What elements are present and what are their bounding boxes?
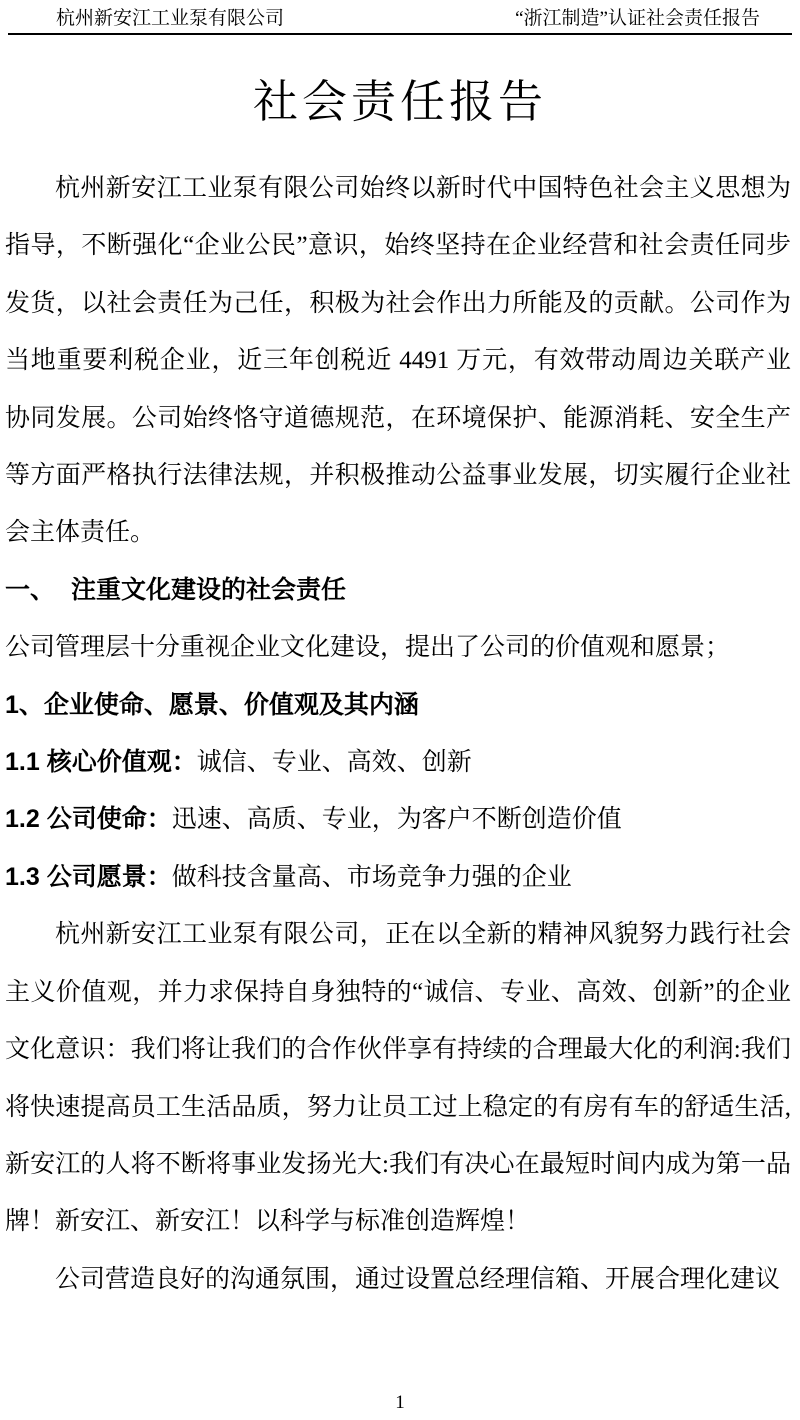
value-item-mission-label: 1.2 公司使命： <box>5 805 172 833</box>
value-item-vision: 1.3 公司愿景：做科技含量高、市场竞争力强的企业 <box>5 849 791 906</box>
section-1-heading: 一、注重文化建设的社会责任 <box>5 562 791 619</box>
document-page: 杭州新安江工业泵有限公司 “浙江制造”认证社会责任报告 社会责任报告 杭州新安江… <box>0 0 800 1420</box>
header-company-name: 杭州新安江工业泵有限公司 <box>56 8 284 30</box>
value-item-core-values: 1.1 核心价值观：诚信、专业、高效、创新 <box>5 734 791 791</box>
value-item-core-values-label: 1.1 核心价值观： <box>5 748 197 776</box>
document-body: 杭州新安江工业泵有限公司始终以新时代中国特色社会主义思想为指导，不断强化“企业公… <box>0 160 800 1308</box>
value-item-mission: 1.2 公司使命：迅速、高质、专业，为客户不断创造价值 <box>5 791 791 848</box>
communication-paragraph: 公司营造良好的沟通氛围，通过设置总经理信箱、开展合理化建议 <box>5 1251 791 1308</box>
value-item-mission-text: 迅速、高质、专业，为客户不断创造价值 <box>172 806 622 833</box>
value-item-core-values-text: 诚信、专业、高效、创新 <box>197 749 472 776</box>
section-1-lead-paragraph: 公司管理层十分重视企业文化建设，提出了公司的价值观和愿景； <box>5 619 791 676</box>
subsection-1-heading: 1、企业使命、愿景、价值观及其内涵 <box>5 677 791 734</box>
culture-paragraph: 杭州新安江工业泵有限公司，正在以全新的精神风貌努力践行社会主义价值观，并力求保持… <box>5 906 791 1250</box>
header-report-label: “浙江制造”认证社会责任报告 <box>515 8 760 30</box>
section-1-number: 一、 <box>5 562 55 619</box>
value-item-vision-label: 1.3 公司愿景： <box>5 863 172 891</box>
page-number: 1 <box>0 1392 800 1414</box>
page-header: 杭州新安江工业泵有限公司 “浙江制造”认证社会责任报告 <box>8 0 792 35</box>
document-title: 社会责任报告 <box>0 69 800 135</box>
value-item-vision-text: 做科技含量高、市场竞争力强的企业 <box>172 864 572 891</box>
intro-paragraph: 杭州新安江工业泵有限公司始终以新时代中国特色社会主义思想为指导，不断强化“企业公… <box>5 160 791 562</box>
section-1-heading-text: 注重文化建设的社会责任 <box>71 576 346 604</box>
